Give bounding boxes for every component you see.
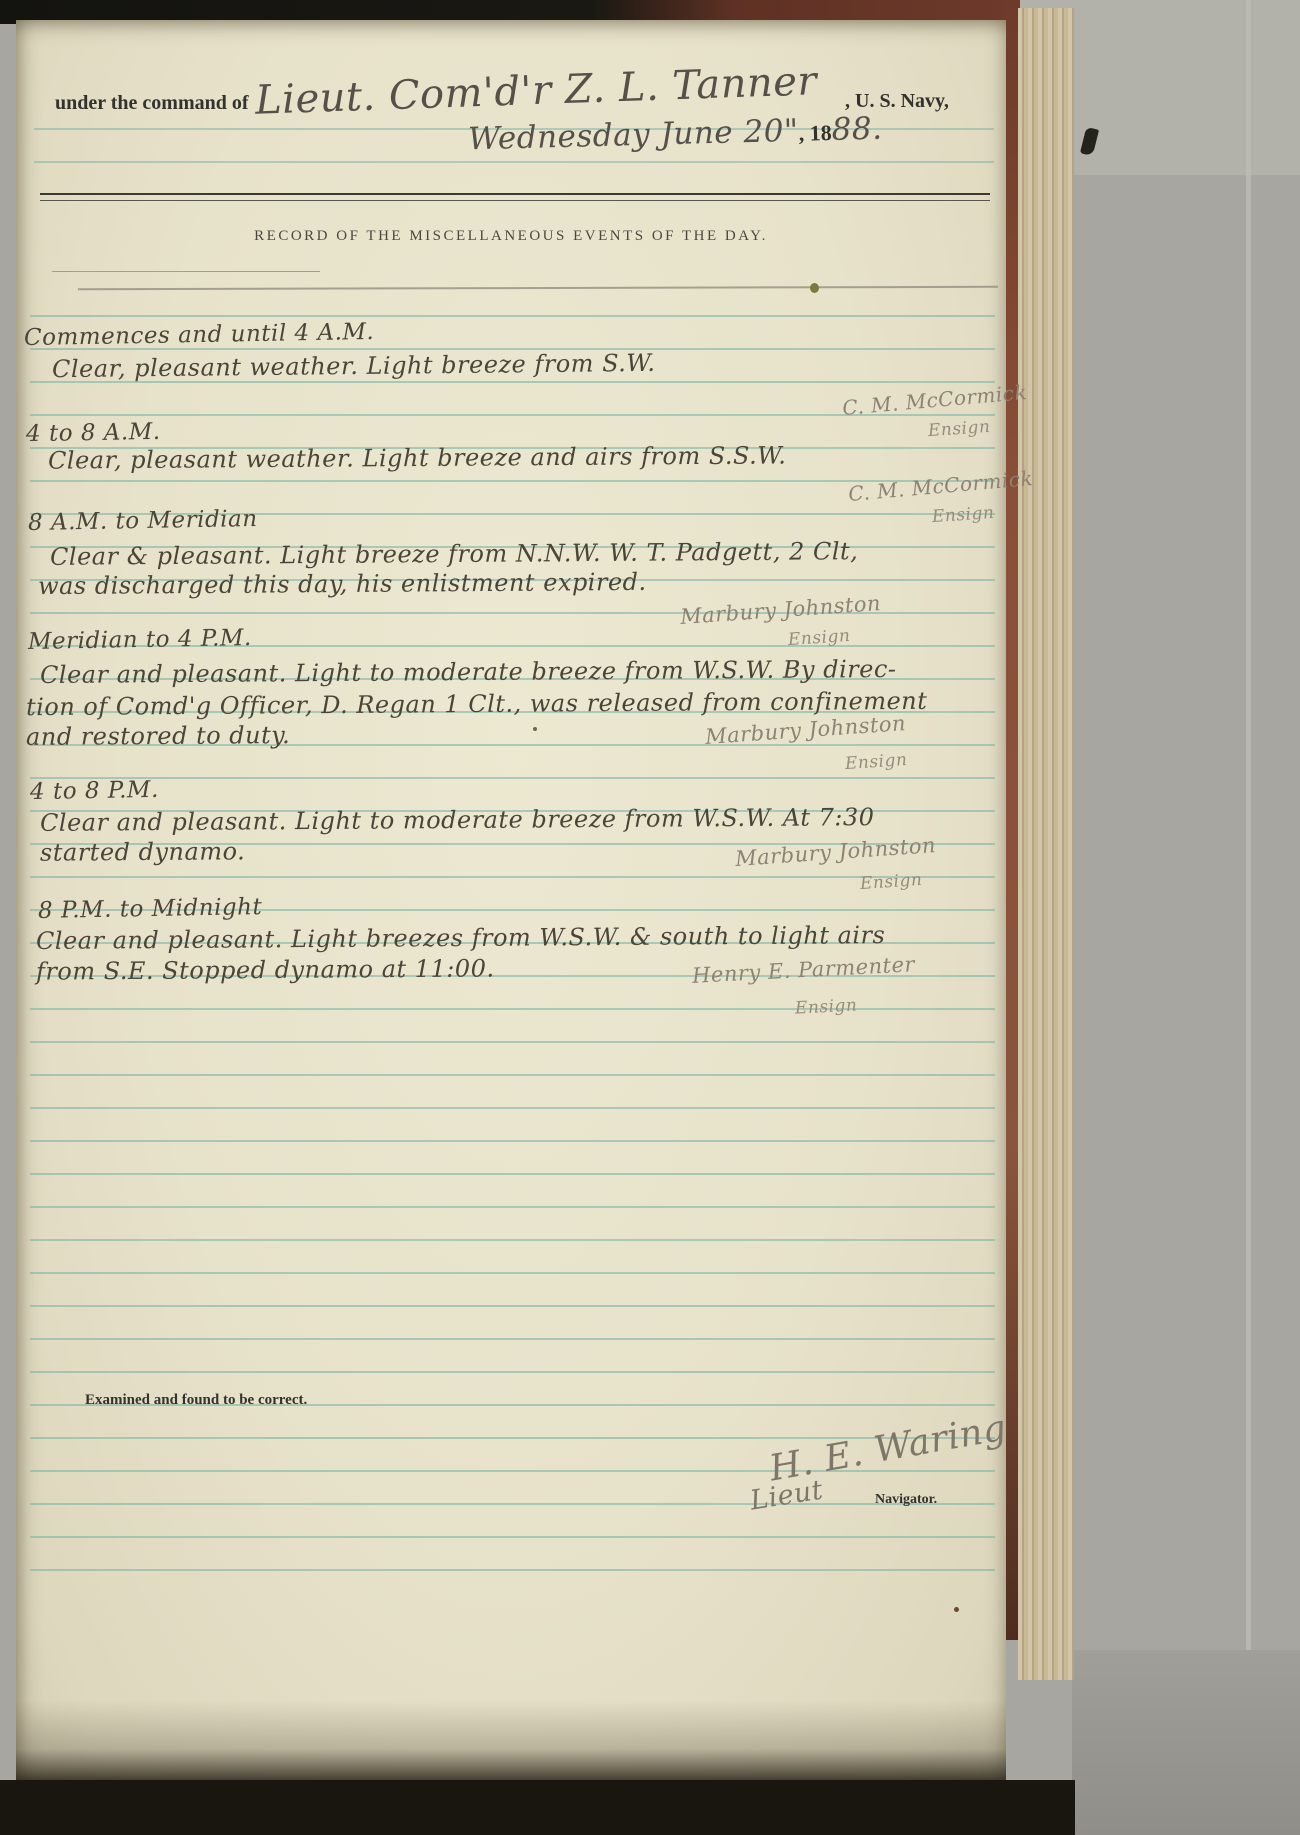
examined-label: Examined and found to be correct. [85,1392,307,1409]
log-line: Clear and pleasant. Light to moderate br… [40,655,897,689]
scanner-seam [1246,0,1251,1835]
watch-period: 4 to 8 A.M. [26,419,161,447]
command-label: under the command of [55,92,249,115]
watch-period: 4 to 8 P.M. [30,777,159,805]
log-line: from S.E. Stopped dynamo at 11:00. [36,954,495,985]
section-title: RECORD OF THE MISCELLANEOUS EVENTS OF TH… [16,228,1006,245]
log-line: Clear and pleasant. Light breezes from W… [36,921,885,955]
year-handwritten: 88. [831,111,883,148]
heading-underline [52,271,320,272]
logbook-scan: { "header": { "command_label": "under th… [0,0,1300,1835]
header-divider [40,193,990,201]
book-bottom-edge [0,1780,1075,1835]
watch-period: Meridian to 4 P.M. [28,625,252,655]
page-stack-edge [1018,8,1074,1680]
ink-speck [810,283,819,293]
watch-period: 8 A.M. to Meridian [28,506,258,536]
navigator-label: Navigator. [875,1492,937,1508]
scanner-background-bottom [1072,1650,1300,1835]
book-cover-right-edge [1004,0,1019,1640]
log-line: Clear, pleasant weather. Light breeze an… [48,441,786,474]
year-printed: , 18 [798,120,832,146]
log-line: started dynamo. [40,837,245,866]
header-rule [34,161,994,163]
log-line: Clear & pleasant. Light breeze from N.N.… [50,537,858,571]
ink-speck [954,1607,959,1612]
log-line: was discharged this day, his enlistment … [38,568,647,600]
officer-rank: Ensign [795,995,858,1018]
log-line: Clear and pleasant. Light to moderate br… [40,803,875,837]
ink-speck [533,727,537,731]
page-bottom-shadow [16,1700,1006,1782]
log-line: and restored to duty. [26,721,290,751]
navy-label: , U. S. Navy, [845,90,949,113]
watch-period: 8 P.M. to Midnight [38,894,263,924]
